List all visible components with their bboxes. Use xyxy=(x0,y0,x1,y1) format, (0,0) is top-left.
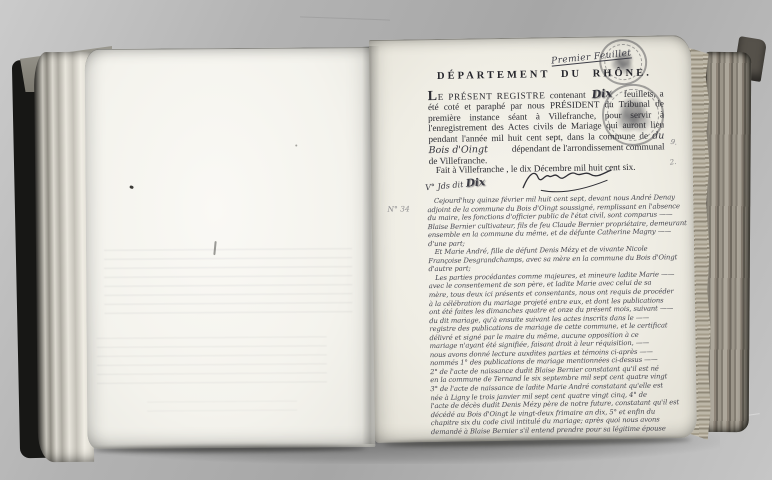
handwritten-folio-count: Dix xyxy=(591,89,612,101)
right-register-page: Premier Feuillet DÉPARTEMENT DU RHÔNE. L… xyxy=(369,35,697,443)
edge-scribble: 2. xyxy=(669,158,677,167)
handwritten-marriage-act: Cejourd'huy quinze février mil huit cent… xyxy=(427,193,671,436)
edge-scribble: 9. xyxy=(670,138,678,147)
right-page-content: Premier Feuillet DÉPARTEMENT DU RHÔNE. L… xyxy=(369,36,697,443)
ink-bleedthrough xyxy=(147,401,297,420)
left-blank-page xyxy=(85,47,376,449)
surface-scratch xyxy=(300,16,390,20)
printed-register-paragraph: Le présent Registre contenantDixfeuillet… xyxy=(428,88,665,167)
margin-number: N° 34 xyxy=(387,204,409,213)
ink-fleck xyxy=(129,185,134,189)
approval-word: Dix xyxy=(465,176,485,190)
approval-prefix: V° Jds dit xyxy=(425,180,466,192)
book-gutter xyxy=(362,46,380,444)
scanned-register-photo: Premier Feuillet DÉPARTEMENT DU RHÔNE. L… xyxy=(0,0,772,480)
handwritten-approval-note: V° Jds dit Dix xyxy=(425,176,486,193)
closed-pages-fore-edge xyxy=(703,52,752,432)
ink-fleck xyxy=(295,145,297,147)
ink-bleedthrough xyxy=(104,248,352,320)
register-contenant: contenant xyxy=(550,90,586,101)
president-signature xyxy=(519,164,615,196)
ink-bleedthrough xyxy=(97,336,327,384)
ink-stamp-small-icon xyxy=(594,34,652,91)
